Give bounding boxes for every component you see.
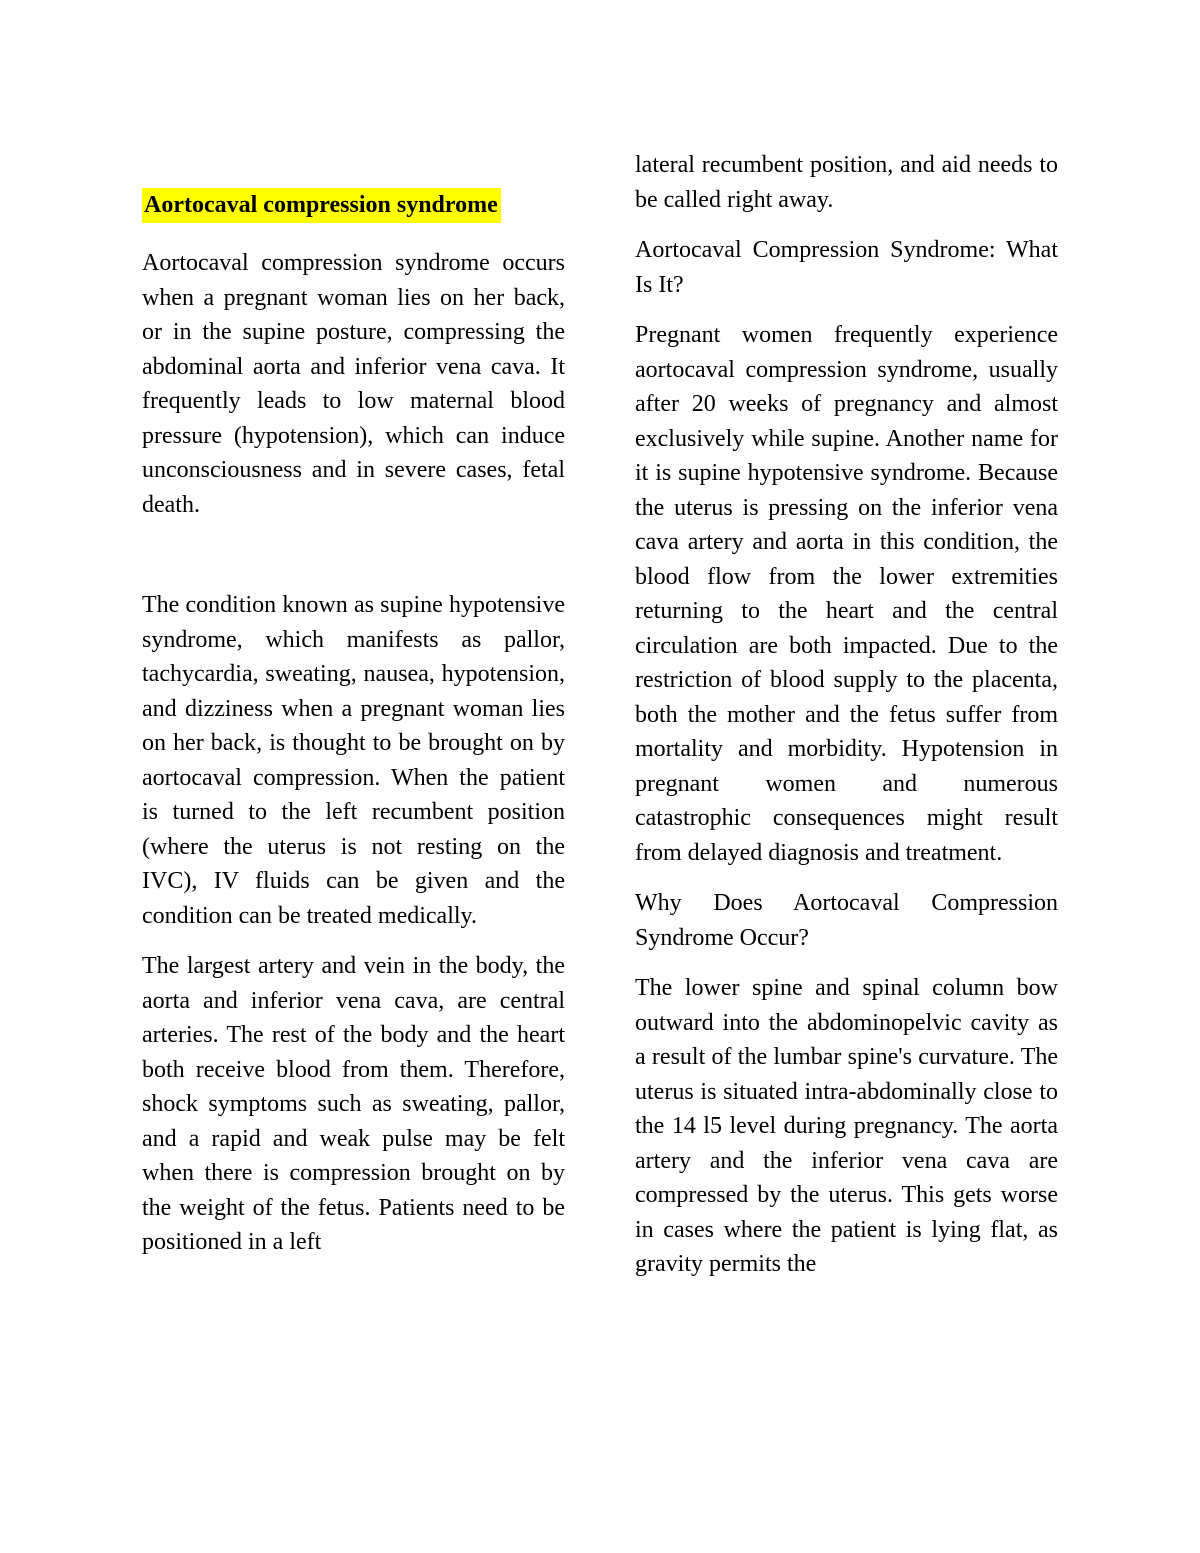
document-page: Aortocaval compression syndrome Aortocav… — [0, 0, 1200, 1553]
right-column: lateral recumbent position, and aid need… — [635, 148, 1058, 1298]
left-column: Aortocaval compression syndrome Aortocav… — [142, 148, 565, 1298]
empty-paragraph — [142, 538, 565, 572]
paragraph-largest-artery: The largest artery and vein in the body,… — [142, 949, 565, 1260]
two-column-layout: Aortocaval compression syndrome Aortocav… — [142, 148, 1058, 1298]
paragraph-supine-hypotensive: The condition known as supine hypotensiv… — [142, 588, 565, 933]
paragraph-lateral-recumbent: lateral recumbent position, and aid need… — [635, 148, 1058, 217]
heading-why-does-it-occur: Why Does Aortocaval Compression Syndrome… — [635, 886, 1058, 955]
heading-what-is-it: Aortocaval Compression Syndrome: What Is… — [635, 233, 1058, 302]
paragraph-lower-spine: The lower spine and spinal column bow ou… — [635, 971, 1058, 1282]
paragraph-intro: Aortocaval compression syndrome occurs w… — [142, 246, 565, 522]
highlighted-title-text: Aortocaval compression syndrome — [142, 188, 501, 223]
paragraph-pregnant-women: Pregnant women frequently experience aor… — [635, 318, 1058, 870]
document-title: Aortocaval compression syndrome — [142, 188, 565, 222]
